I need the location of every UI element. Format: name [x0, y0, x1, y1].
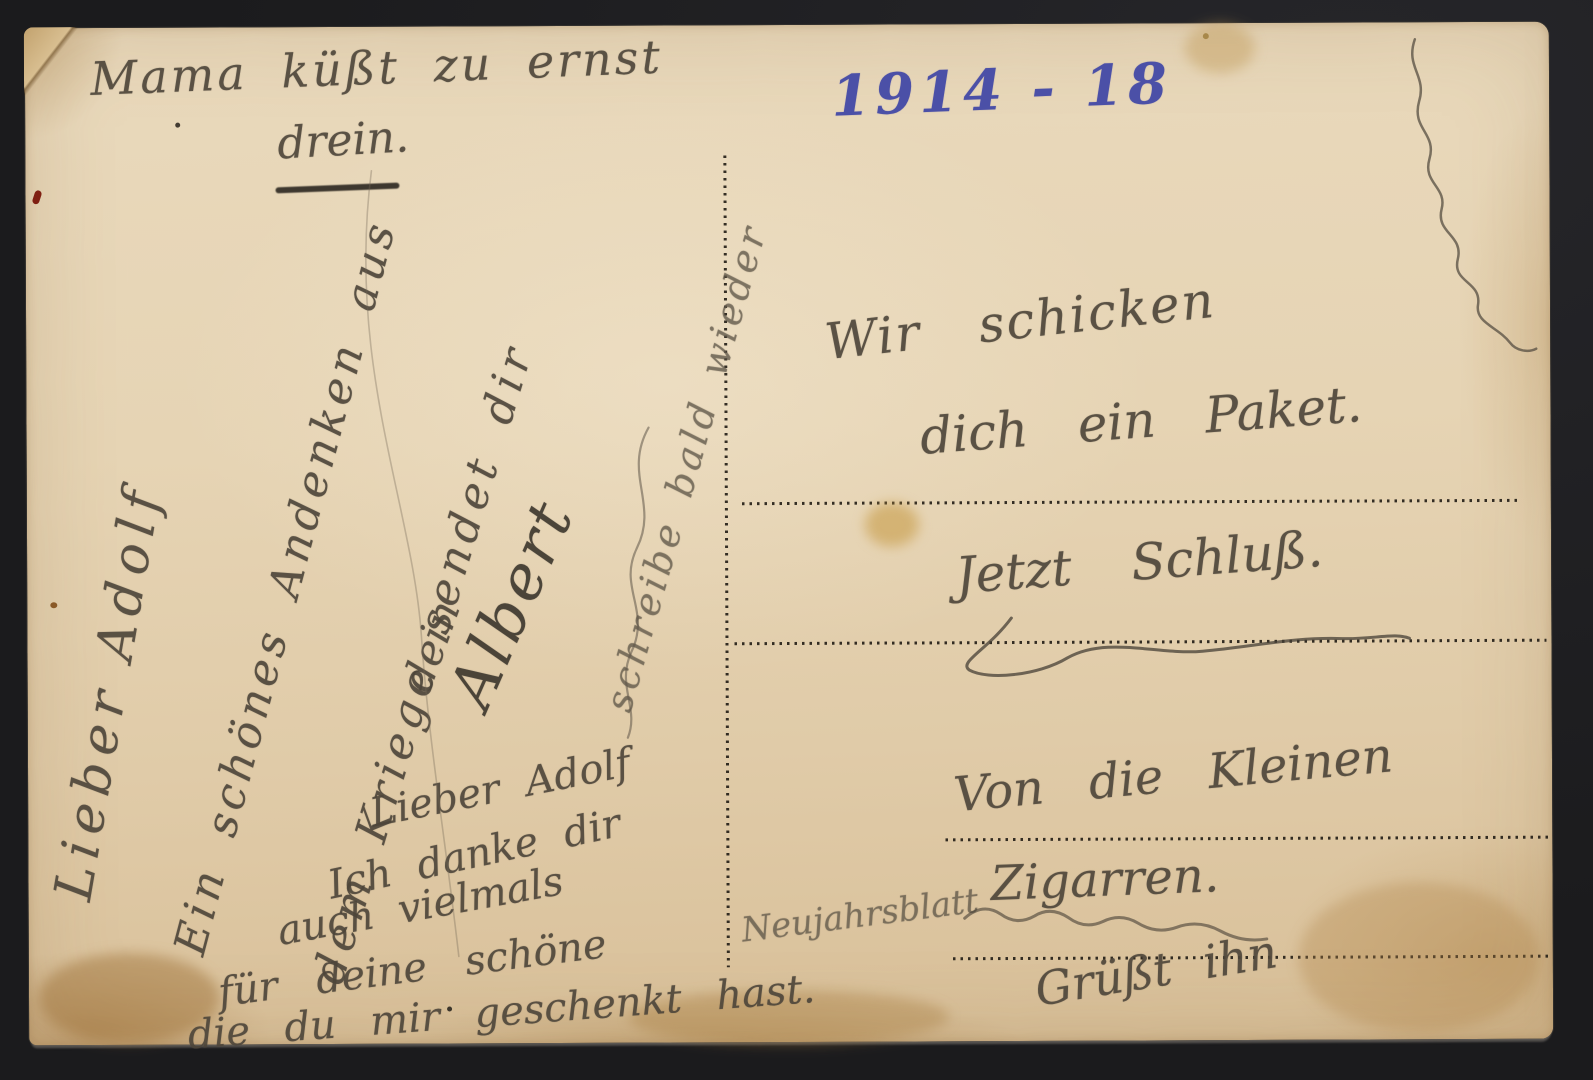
red-fleck [32, 190, 43, 205]
msg-von-die-kleinen: Von die Kleinen [952, 731, 1395, 819]
scanned-postcard-photo: Mama küßt zu ernst drein. 1914 - 18 Wir … [0, 0, 1593, 1080]
address-dotted-line-1 [742, 499, 1518, 505]
schluss-flourish [947, 608, 1417, 690]
top-stain [1185, 23, 1255, 73]
msg-neujahrsblatt: Neujahrsblatt [739, 884, 980, 948]
bottom-right-stain [1299, 882, 1540, 1033]
address-dotted-line-3 [945, 836, 1551, 842]
faint-crease-line [315, 166, 498, 967]
bent-corner [24, 27, 90, 119]
postcard-back: Mama küßt zu ernst drein. 1914 - 18 Wir … [25, 22, 1553, 1046]
yellow-speck [1203, 33, 1209, 39]
msg-dich-ein-paket: dich ein Paket. [918, 379, 1363, 462]
msg-jetzt-schluss: Jetzt Schluß. [954, 524, 1325, 601]
note-mama: Mama küßt zu ernst [89, 34, 663, 102]
diag-lieber-adolf: Lieber Adolf [47, 480, 170, 904]
zigarren-flourish [959, 899, 1279, 970]
yellow-stain [865, 502, 919, 546]
brown-speck [50, 602, 57, 608]
wavy-pencil-line [593, 423, 684, 753]
corner-zigzag-squiggle [1375, 37, 1586, 368]
note-drein: drein. [276, 115, 410, 166]
date-1914-18: 1914 - 18 [830, 55, 1173, 124]
dark-speck-1 [175, 123, 180, 128]
msg-wir-schicken: Wir schicken [823, 275, 1218, 367]
